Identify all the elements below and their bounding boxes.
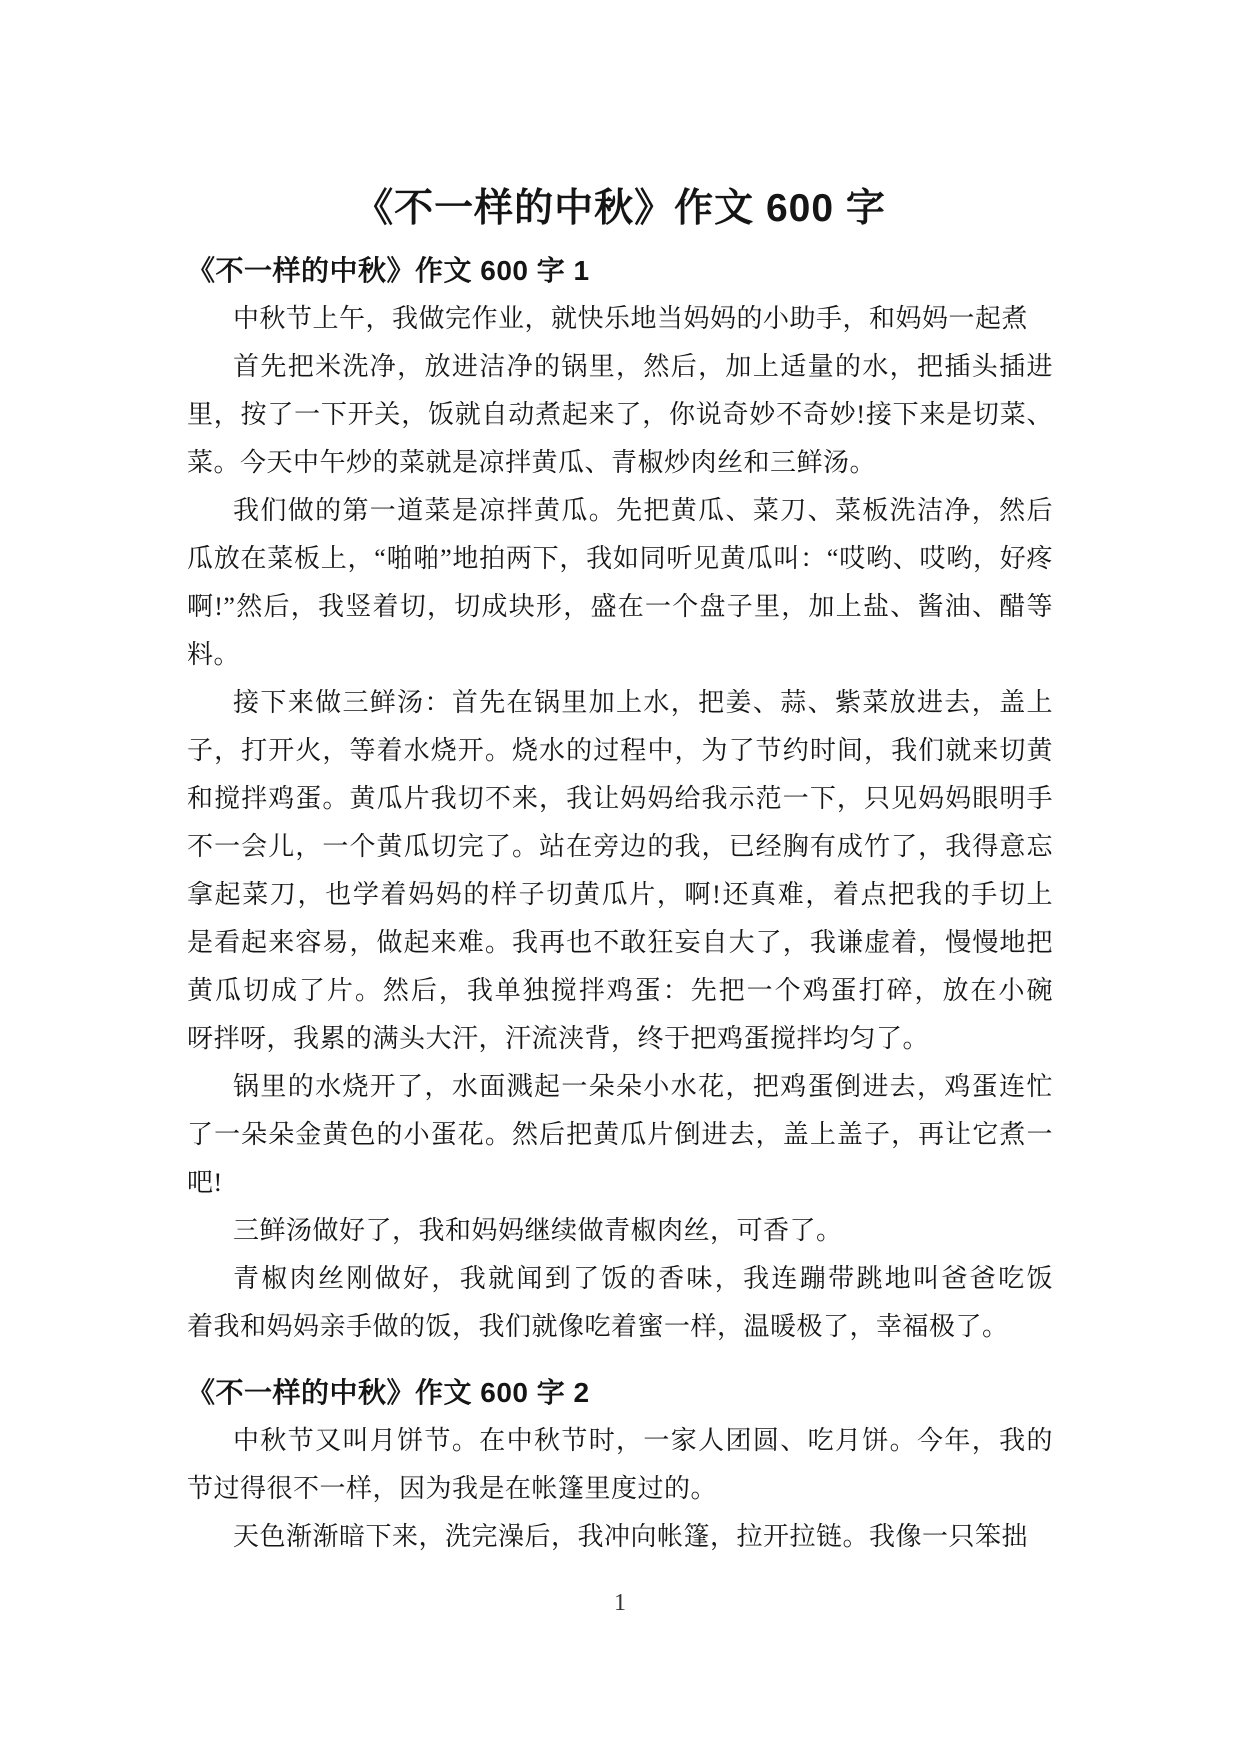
paragraph: 接下来做三鲜汤：首先在锅里加上水，把姜、蒜、紫菜放进去，盖上盖子，打开火，等着水…: [187, 679, 1053, 1063]
text-line: 我们做的第一道菜是凉拌黄瓜。先把黄瓜、菜刀、菜板洗洁净，然后把黄: [187, 487, 1053, 535]
text-line: 呀拌呀，我累的满头大汗，汗流浃背，终于把鸡蛋搅拌均匀了。: [187, 1015, 1053, 1063]
text-line: 三鲜汤做好了，我和妈妈继续做青椒肉丝，可香了。: [187, 1207, 1053, 1255]
paragraph: 我们做的第一道菜是凉拌黄瓜。先把黄瓜、菜刀、菜板洗洁净，然后把黄瓜放在菜板上，“…: [187, 487, 1053, 679]
text-line: 接下来做三鲜汤：首先在锅里加上水，把姜、蒜、紫菜放进去，盖上盖: [187, 679, 1053, 727]
paragraph: 三鲜汤做好了，我和妈妈继续做青椒肉丝，可香了。: [187, 1207, 1053, 1255]
text-line: 吧!: [187, 1159, 1053, 1207]
section-heading: 《不一样的中秋》作文 600 字 1: [187, 247, 1053, 295]
text-line: 锅里的水烧开了，水面溅起一朵朵小水花，把鸡蛋倒进去，鸡蛋连忙变成: [187, 1063, 1053, 1111]
document-body: 《不一样的中秋》作文 600 字 《不一样的中秋》作文 600 字 1中秋节上午…: [187, 181, 1053, 1561]
paragraph: 首先把米洗净，放进洁净的锅里，然后，加上适量的水，把插头插进插座里，按了一下开关…: [187, 343, 1053, 487]
text-line: 瓜放在菜板上，“啪啪”地拍两下，我如同听见黄瓜叫：“哎哟、哎哟，好疼: [187, 535, 1053, 583]
text-line: 拿起菜刀，也学着妈妈的样子切黄瓜片，啊!还真难，着点把我的手切上了，真: [187, 871, 1053, 919]
paragraph: 中秋节又叫月饼节。在中秋节时，一家人团圆、吃月饼。今年，我的中秋节过得很不一样，…: [187, 1417, 1053, 1513]
page-title: 《不一样的中秋》作文 600 字: [187, 181, 1053, 237]
text-line: 和搅拌鸡蛋。黄瓜片我切不来，我让妈妈给我示范一下，只见妈妈眼明手快，: [187, 775, 1053, 823]
sections-container: 《不一样的中秋》作文 600 字 1中秋节上午，我做完作业，就快乐地当妈妈的小助…: [187, 247, 1053, 1561]
text-line: 黄瓜切成了片。然后，我单独搅拌鸡蛋：先把一个鸡蛋打碎，放在小碗里，拌: [187, 967, 1053, 1015]
essay-section: 《不一样的中秋》作文 600 字 1中秋节上午，我做完作业，就快乐地当妈妈的小助…: [187, 247, 1053, 1351]
text-line: 天色渐渐暗下来，洗完澡后，我冲向帐篷，拉开拉链。我像一只笨拙的小: [187, 1513, 1053, 1561]
text-line: 菜。今天中午炒的菜就是凉拌黄瓜、青椒炒肉丝和三鲜汤。: [187, 439, 1053, 487]
paragraph: 中秋节上午，我做完作业，就快乐地当妈妈的小助手，和妈妈一起煮饭。: [187, 295, 1053, 343]
text-line: 中秋节又叫月饼节。在中秋节时，一家人团圆、吃月饼。今年，我的中秋: [187, 1417, 1053, 1465]
text-line: 首先把米洗净，放进洁净的锅里，然后，加上适量的水，把插头插进插座: [187, 343, 1053, 391]
text-line: 青椒肉丝刚做好，我就闻到了饭的香味，我连蹦带跳地叫爸爸吃饭了。尝: [187, 1255, 1053, 1303]
text-line: 里，按了一下开关，饭就自动煮起来了，你说奇妙不奇妙!接下来是切菜、炒: [187, 391, 1053, 439]
paragraph: 青椒肉丝刚做好，我就闻到了饭的香味，我连蹦带跳地叫爸爸吃饭了。尝着我和妈妈亲手做…: [187, 1255, 1053, 1351]
text-line: 料。: [187, 631, 1053, 679]
text-line: 是看起来容易，做起来难。我再也不敢狂妄自大了，我谦虚着，慢慢地把每根: [187, 919, 1053, 967]
text-line: 节过得很不一样，因为我是在帐篷里度过的。: [187, 1465, 1053, 1513]
section-heading: 《不一样的中秋》作文 600 字 2: [187, 1369, 1053, 1417]
document-page: 《不一样的中秋》作文 600 字 《不一样的中秋》作文 600 字 1中秋节上午…: [0, 0, 1240, 1753]
essay-section: 《不一样的中秋》作文 600 字 2中秋节又叫月饼节。在中秋节时，一家人团圆、吃…: [187, 1369, 1053, 1561]
paragraph: 锅里的水烧开了，水面溅起一朵朵小水花，把鸡蛋倒进去，鸡蛋连忙变成了一朵朵金黄色的…: [187, 1063, 1053, 1207]
text-line: 中秋节上午，我做完作业，就快乐地当妈妈的小助手，和妈妈一起煮饭。: [187, 295, 1053, 343]
text-line: 子，打开火，等着水烧开。烧水的过程中，为了节约时间，我们就来切黄瓜片: [187, 727, 1053, 775]
text-line: 了一朵朵金黄色的小蛋花。然后把黄瓜片倒进去，盖上盖子，再让它煮一会儿: [187, 1111, 1053, 1159]
text-line: 啊!”然后，我竖着切，切成块形，盛在一个盘子里，加上盐、酱油、醋等作: [187, 583, 1053, 631]
text-line: 着我和妈妈亲手做的饭，我们就像吃着蜜一样，温暖极了，幸福极了。: [187, 1303, 1053, 1351]
page-number: 1: [0, 1588, 1240, 1618]
text-line: 不一会儿，一个黄瓜切完了。站在旁边的我，已经胸有成竹了，我得意忘形地: [187, 823, 1053, 871]
paragraph: 天色渐渐暗下来，洗完澡后，我冲向帐篷，拉开拉链。我像一只笨拙的小: [187, 1513, 1053, 1561]
